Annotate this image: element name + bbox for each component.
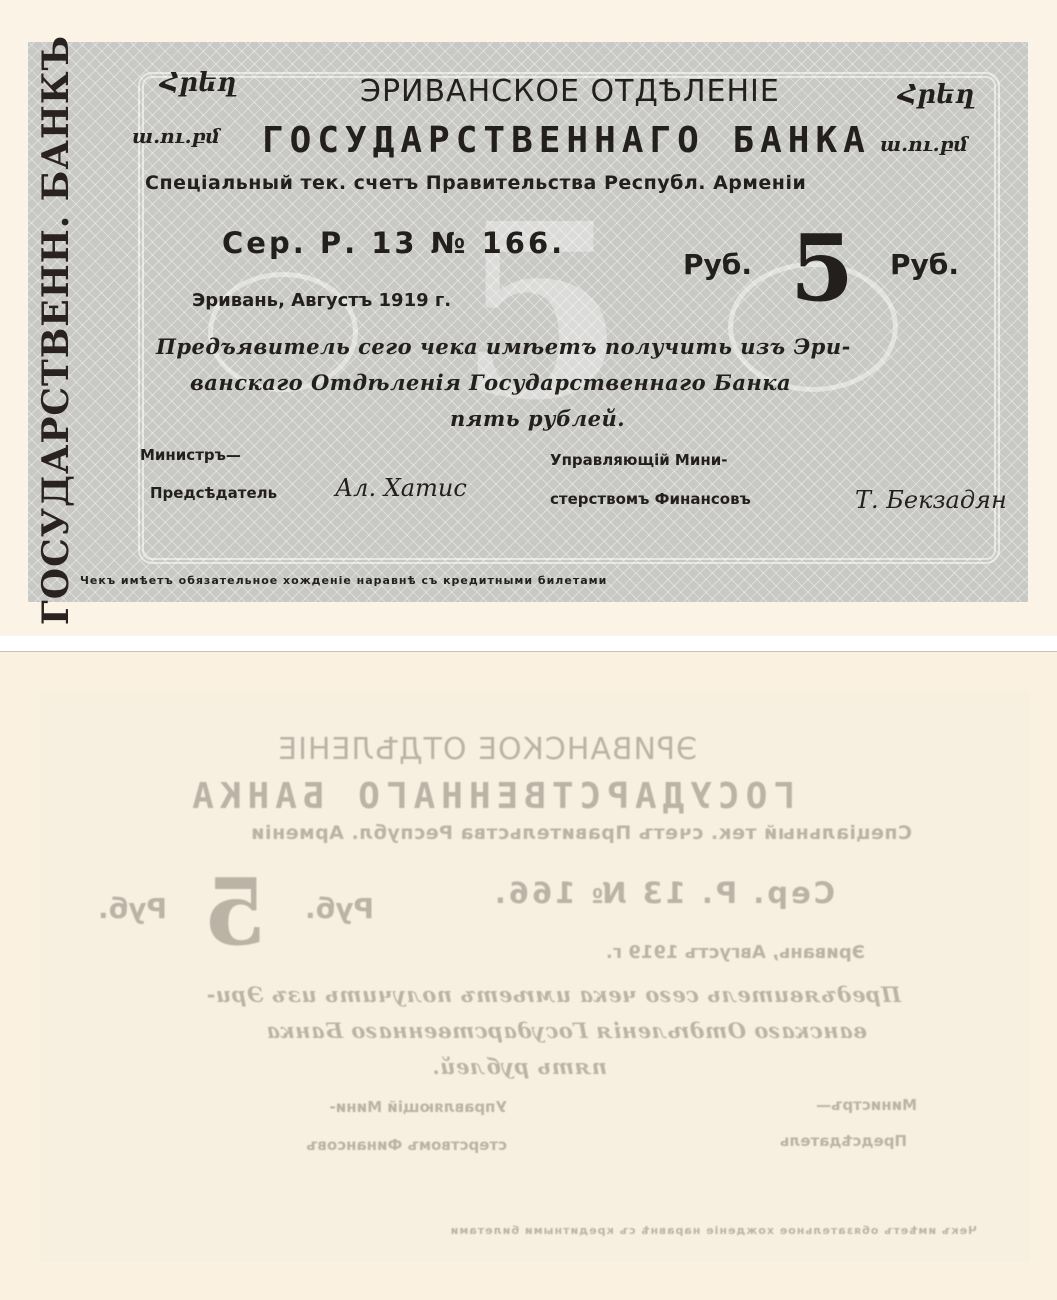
back-sig-left-2: Предсѣдатель bbox=[780, 1132, 907, 1150]
signature-left: Ал. Хатис bbox=[335, 474, 467, 502]
banknote-back: ЭРИВАНСКОЕ ОТДѢЛЕНІЕ ГОСУДАРСТВЕННАГО БА… bbox=[0, 651, 1057, 1300]
show-through-mirror: ЭРИВАНСКОЕ ОТДѢЛЕНІЕ ГОСУДАРСТВЕННАГО БА… bbox=[0, 652, 1057, 1300]
back-sig-right-1: Управляющій Мини- bbox=[330, 1098, 507, 1116]
signatory-right-title-2: стерствомъ Финансовъ bbox=[550, 490, 751, 508]
promise-line-1: Предъявитель сего чека имѣетъ получить и… bbox=[156, 334, 851, 359]
separator bbox=[0, 636, 1057, 651]
signatory-left-title-2: Предсѣдатель bbox=[150, 484, 277, 502]
back-promise-1: Предъявитель сего чека имѣетъ получить и… bbox=[206, 982, 901, 1007]
promise-line-2: ванскаго Отдѣленія Государственнаго Банк… bbox=[190, 370, 791, 395]
denomination-numeral: 5 bbox=[790, 222, 854, 314]
back-promise-3: пять рублей. bbox=[432, 1054, 607, 1079]
armenian-text-top-right: Հրեղ bbox=[898, 80, 974, 110]
signature-right: Т. Бекзадян bbox=[855, 486, 1007, 514]
promise-line-3: пять рублей. bbox=[450, 406, 625, 431]
side-strip: ГОСУДАРСТВЕНН. БАНКЪ bbox=[30, 80, 82, 580]
back-place-date: Эривань, Августъ 1919 г. bbox=[606, 942, 865, 963]
back-sig-right-2: стерствомъ Финансовъ bbox=[306, 1136, 507, 1154]
banknote-front: 5 ГОСУДАРСТВЕНН. БАНКЪ Հրեղ Հրեղ ա.ու.բմ… bbox=[0, 0, 1057, 637]
back-sig-left-1: Министръ— bbox=[816, 1096, 917, 1114]
back-serial-number: Сер. Р. 13 № 166. bbox=[492, 876, 835, 910]
armenian-text-top-left: Հրեղ bbox=[160, 68, 236, 98]
signatory-right-title-1: Управляющій Мини- bbox=[550, 451, 727, 469]
signatory-left-title-1: Министръ— bbox=[140, 446, 241, 464]
footer-legal-text: Чекъ имѣетъ обязательное хожденіе наравн… bbox=[80, 574, 607, 587]
back-account-line: Спеціальный тек. счетъ Правительства Рес… bbox=[251, 822, 912, 844]
bank-title: ГОСУДАРСТВЕННАГО БАНКА bbox=[262, 120, 871, 161]
currency-label-left: Руб. bbox=[683, 248, 752, 281]
side-strip-text: ГОСУДАРСТВЕНН. БАНКЪ bbox=[35, 35, 77, 625]
armenian-text-mid-left: ա.ու.բմ bbox=[132, 124, 220, 148]
back-footer: Чекъ имѣетъ обязательное хожденіе наравн… bbox=[450, 1224, 977, 1237]
back-branch-title: ЭРИВАНСКОЕ ОТДѢЛЕНІЕ bbox=[277, 732, 697, 767]
account-line: Спеціальный тек. счетъ Правительства Рес… bbox=[145, 172, 806, 194]
back-denomination: 5 bbox=[203, 866, 267, 958]
back-bank-title: ГОСУДАРСТВЕННАГО БАНКА bbox=[186, 776, 795, 817]
serial-number: Сер. Р. 13 № 166. bbox=[222, 226, 565, 260]
place-and-date: Эривань, Августъ 1919 г. bbox=[192, 290, 451, 311]
back-promise-2: ванскаго Отдѣленія Государственнаго Банк… bbox=[266, 1018, 867, 1043]
back-currency-right: Руб. bbox=[98, 892, 167, 925]
armenian-text-mid-right: ա.ու.բմ bbox=[880, 132, 968, 156]
branch-title: ЭРИВАНСКОЕ ОТДѢЛЕНІЕ bbox=[360, 74, 780, 109]
back-currency-left: Руб. bbox=[305, 892, 374, 925]
currency-label-right: Руб. bbox=[890, 248, 959, 281]
